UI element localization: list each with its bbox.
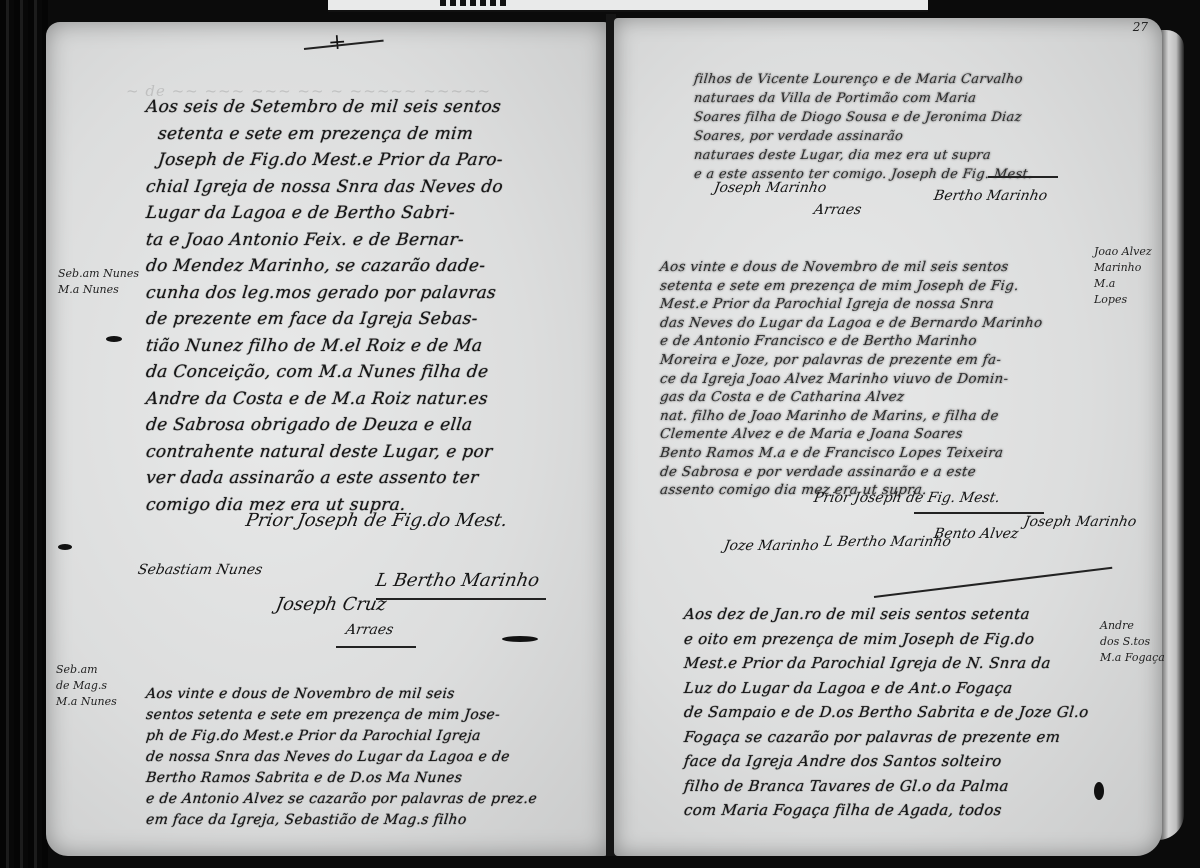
entry-line: Bertho Ramos Sabrita e de D.os Ma Nunes [145,768,538,789]
signature-underline [988,176,1058,178]
margin-note-line: de Mag.s [56,678,117,694]
entry-line: ph de Fig.do Mest.e Prior da Parochial I… [145,726,538,747]
margin-note-line: M.a Nunes [58,282,139,298]
entry-line: Andre da Costa e de M.a Roiz natur.es [145,386,505,413]
signature-witness: Joseph Cruz [274,594,388,615]
entry-line: face da Igreja Andre dos Santos solteiro [683,749,1090,774]
entry-line: de Sampaio e de D.os Bertho Sabrita e de… [683,700,1090,725]
entry-line: gas da Costa e de Catharina Alvez [659,388,1043,407]
entry-line: Soares, por verdade assinarão [693,127,1033,146]
signature-witness: Joseph Marinho [713,180,828,196]
entry-line: Fogaça se cazarão por palavras de prezen… [683,725,1090,750]
margin-note-line: Lopes [1094,292,1152,308]
entry-line: Mest.e Prior da Parochial Igreja de N. S… [683,651,1090,676]
margin-note-entry-3: Andre dos S.tos M.a Fogaça [1100,618,1165,666]
entry-line: e oito em prezença de mim Joseph de Fig.… [683,627,1090,652]
entry-line: filho de Branca Tavares de Gl.o da Palma [683,774,1090,799]
entry-3: Aos dez de Jan.ro de mil seis sentos set… [684,602,1089,823]
signature-witness: Joseph Marinho [1023,514,1138,530]
margin-note-entry-1: Seb.am Nunes M.a Nunes [58,266,139,298]
folio-number: 27 [1133,20,1148,34]
header-mark: + [327,29,347,55]
entry-line: naturaes deste Lugar, dia mez era ut sup… [693,146,1033,165]
entry-line: Aos dez de Jan.ro de mil seis sentos set… [683,602,1090,627]
ink-blot [106,336,122,342]
margin-note-line: Andre [1100,618,1165,634]
entry-line: Joseph de Fig.do Mest.e Prior da Paro- [145,147,505,174]
margin-note-line: Seb.am Nunes [58,266,139,282]
entry-line: de Sabrosa obrigado de Deuza e ella [145,412,505,439]
signature-prior: Prior Joseph de Fig.do Mest. [244,510,509,531]
margin-note-line: M.a Fogaça [1100,650,1165,666]
margin-note-line: M.a Nunes [56,694,117,710]
entry-line: Bento Ramos M.a e de Francisco Lopes Tei… [659,444,1043,463]
entry-line: Aos seis de Setembro de mil seis sentos [145,94,505,121]
entry-line: Aos vinte e dous de Novembro de mil seis [145,684,538,705]
entry-separator-line [874,567,1112,598]
entry-line: naturaes da Villa de Portimão com Maria [693,89,1033,108]
ink-blot [58,544,72,550]
entry-line: das Neves do Lugar da Lagoa e de Bernard… [659,314,1043,333]
entry-line: e de Antonio Alvez se cazarão por palavr… [145,789,538,810]
entry-line: cunha dos leg.mos gerado por palavras [145,280,505,307]
entry-line: Luz do Lugar da Lagoa e de Ant.o Fogaça [683,676,1090,701]
entry-line: em face da Igreja, Sebastião de Mag.s fi… [145,810,538,831]
signature-witness: Bento Alvez [933,526,1020,542]
entry-1: Aos seis de Setembro de mil seis sentos … [146,94,503,518]
margin-note-line: Seb.am [56,662,117,678]
entry-2: Aos vinte e dous de Novembro de mil seis… [146,684,537,831]
entry-line: ta e Joao Antonio Feix. e de Bernar- [145,227,505,254]
entry-line: Aos vinte e dous de Novembro de mil seis… [659,258,1043,277]
entry-2: Aos vinte e dous de Novembro de mil seis… [660,258,1043,500]
signature-witness: L Bertho Marinho [374,570,541,591]
signature-witness: Sebastiam Nunes [137,562,264,578]
margin-note-line: Joao Alvez [1094,244,1152,260]
margin-note-entry-2: Joao Alvez Marinho M.a Lopes [1094,244,1152,308]
signature-witness: Arraes [813,202,863,218]
entry-line: sentos setenta e sete em prezença de mim… [145,705,538,726]
entry-line: ver dada assinarão a este assento ter [145,465,505,492]
left-page: ~ de ~~ ~~~ ~~~ ~~ ~ ~~~~~ ~~~~~ + Seb.a… [46,22,608,856]
ink-blot [502,636,538,642]
entry-line: ce da Igreja Joao Alvez Marinho viuvo de… [659,370,1043,389]
entry-line: nat. filho de Joao Marinho de Marins, e … [659,407,1043,426]
entry-line: filhos de Vicente Lourenço e de Maria Ca… [693,70,1033,89]
right-page: 27 filhos de Vicente Lourenço e de Maria… [614,18,1162,856]
archive-label-strip [328,0,928,12]
entry-line: setenta e sete em prezença de mim Joseph… [659,277,1043,296]
margin-note-line: M.a [1094,276,1152,292]
entry-line: de Sabrosa e por verdade assinarão e a e… [659,463,1043,482]
signature-underline [336,646,416,648]
entry-line: Moreira e Joze, por palavras de prezente… [659,351,1043,370]
signature-underline [376,598,546,600]
ink-blot [1094,782,1104,800]
entry-line: contrahente natural deste Lugar, e por [145,439,505,466]
entry-line: Mest.e Prior da Parochial Igreja de noss… [659,295,1043,314]
signature-witness: Joze Marinho [723,538,820,554]
margin-note-line: dos S.tos [1100,634,1165,650]
entry-line: setenta e sete em prezença de mim [145,121,505,148]
entry-line: do Mendez Marinho, se cazarão dade- [145,253,505,280]
entry-line: da Conceição, com M.a Nunes filha de [145,359,505,386]
entry-line: Lugar da Lagoa e de Bertho Sabri- [145,200,505,227]
entry-line: Clemente Alvez e de Maria e Joana Soares [659,425,1043,444]
signature-prior: Prior Joseph de Fig. Mest. [813,490,1002,506]
signature-witness: Bertho Marinho [933,188,1049,204]
entry-line: de nossa Snra das Neves do Lugar da Lago… [145,747,538,768]
entry-1-continued: filhos de Vicente Lourenço e de Maria Ca… [694,70,1032,184]
entry-line: tião Nunez filho de M.el Roiz e de Ma [145,333,505,360]
margin-note-entry-2: Seb.am de Mag.s M.a Nunes [56,662,117,710]
margin-note-line: Marinho [1094,260,1152,276]
book-binding [0,0,48,868]
entry-line: e de Antonio Francisco e de Bertho Marin… [659,332,1043,351]
label-marks [440,0,510,6]
entry-line: chial Igreja de nossa Snra das Neves do [145,174,505,201]
entry-line: Soares filha de Diogo Sousa e de Jeronim… [693,108,1033,127]
signature-witness: Arraes [345,622,395,638]
entry-line: com Maria Fogaça filha de Agada, todos [683,798,1090,823]
entry-line: de prezente em face da Igreja Sebas- [145,306,505,333]
